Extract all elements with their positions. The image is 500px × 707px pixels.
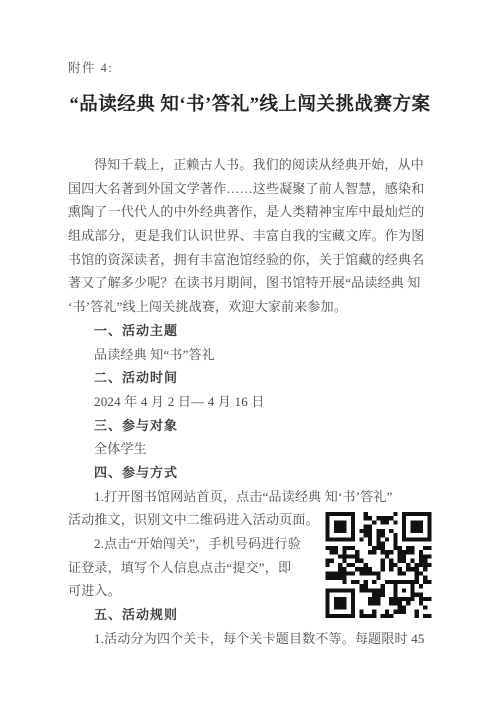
- intro-line: 得知千载上，正赖古人书。我们的阅读从经典开始，从中: [68, 153, 434, 177]
- section-line: 2024 年 4 月 2 日— 4 月 16 日: [68, 390, 434, 414]
- intro-line: 著又了解多少呢？在读书月期间，图书馆特开展“品读经典 知: [68, 271, 434, 295]
- section-heading-time: 二、活动时间: [68, 366, 434, 390]
- intro-line: 熏陶了一代代人的中外经典著作，是人类精神宝库中最灿烂的: [68, 200, 434, 224]
- section-heading-participants: 三、参与对象: [68, 414, 434, 438]
- qr-code: [325, 512, 432, 618]
- section-line: 1.打开图书馆网站首页，点击“品读经典 知‘书’答礼”: [68, 485, 434, 509]
- attachment-label: 附件 4:: [68, 58, 113, 76]
- document-title: “品读经典 知‘书’答礼”线上闯关挑战赛方案: [0, 90, 500, 116]
- intro-line: ‘书’答礼”线上闯关挑战赛，欢迎大家前来参加。: [68, 295, 434, 319]
- section-heading-method: 四、参与方式: [68, 461, 434, 485]
- section-line: 品读经典 知“书”答礼: [68, 343, 434, 367]
- intro-line: 国四大名著到外国文学著作……这些凝聚了前人智慧，感染和: [68, 177, 434, 201]
- section-line: 1.活动分为四个关卡，每个关卡题目数不等。每题限时 45: [68, 627, 434, 651]
- intro-line: 组成部分，更是我们认识世界、丰富自我的宝藏文库。作为图: [68, 224, 434, 248]
- document-page: 附件 4: “品读经典 知‘书’答礼”线上闯关挑战赛方案 得知千载上，正赖古人书…: [0, 0, 500, 707]
- intro-line: 书馆的资深读者，拥有丰富泡馆经验的你，关于馆藏的经典名: [68, 248, 434, 272]
- section-heading-theme: 一、活动主题: [68, 319, 434, 343]
- section-line: 全体学生: [68, 437, 434, 461]
